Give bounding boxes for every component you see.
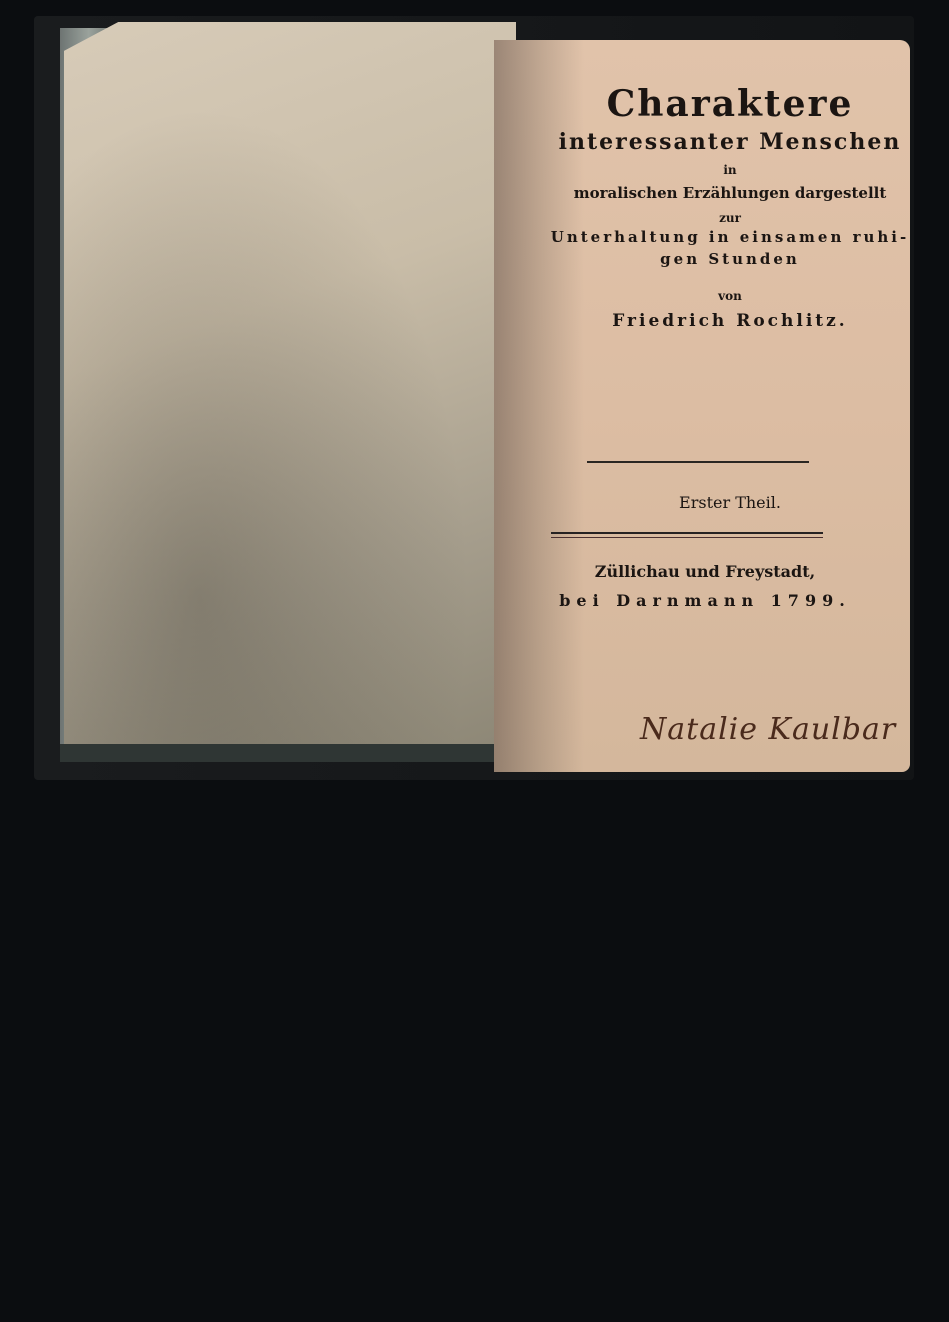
subtitle-line-4: gen Stunden [540,248,920,270]
divider-rule [587,461,809,463]
imprint-publisher-year: bei Darnmann 1799. [540,588,870,614]
author-name: Friedrich Rochlitz. [540,308,920,334]
by-label: von [540,288,920,304]
connector-in: in [540,162,920,178]
book-title: Charaktere [540,82,920,126]
imprint-place: Züllichau und Freystadt, [540,560,870,584]
handwritten-signature: Natalie Kaulbar [640,712,910,747]
left-blank-page [64,22,516,744]
connector-zur: zur [540,210,920,226]
page-bottom-edge [60,744,500,762]
subtitle-line-2: moralischen Erzählungen dargestellt [540,182,920,204]
imprint: Züllichau und Freystadt, bei Darnmann 17… [540,560,870,614]
double-rule-top [551,532,823,534]
volume-part: Erster Theil. [540,493,920,512]
title-block: Charaktere interessanter Menschen in mor… [540,82,920,334]
subtitle-line-1: interessanter Menschen [540,128,920,156]
double-rule-bottom [551,537,823,538]
subtitle-line-3: Unterhaltung in einsamen ruhi- [540,226,920,248]
book-photo: Charaktere interessanter Menschen in mor… [0,0,949,1322]
